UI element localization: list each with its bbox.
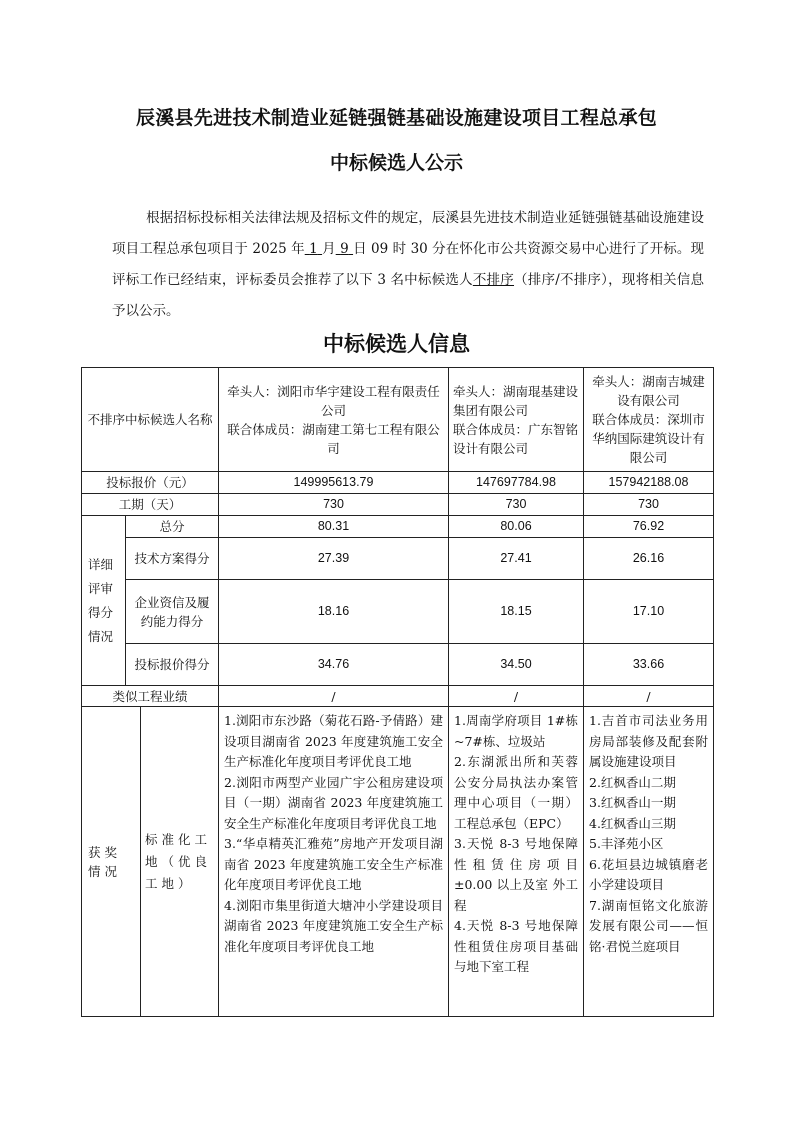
open-day: 9 bbox=[336, 241, 353, 257]
cell: 76.92 bbox=[584, 516, 714, 538]
award-item: 3.“华卓精英汇雅苑”房地产开发项目湖南省 2023 年度建筑施工安全生产标准化… bbox=[224, 834, 443, 896]
order-mode: 不排序 bbox=[473, 272, 514, 288]
award-item: 2.浏阳市两型产业园广宇公租房建设项目（一期）湖南省 2023 年度建筑施工安全… bbox=[224, 773, 443, 835]
row-label: 工期（天） bbox=[82, 494, 219, 516]
candidate-2-name: 牵头人：湖南琨基建设集团有限公司联合体成员：广东智铭设计有限公司 bbox=[449, 368, 584, 472]
awards-group-label: 获奖情况 bbox=[82, 707, 141, 1017]
table-row-qual-score: 企业资信及履约能力得分 18.16 18.15 17.10 bbox=[82, 580, 714, 644]
score-group-label: 详细评审得分情况 bbox=[82, 516, 126, 686]
cell: 730 bbox=[219, 494, 449, 516]
cell: / bbox=[584, 686, 714, 707]
cell: 157942188.08 bbox=[584, 472, 714, 494]
cell: 80.06 bbox=[449, 516, 584, 538]
row-label: 总分 bbox=[126, 516, 219, 538]
awards-type-label: 标准化工地（优良工地） bbox=[141, 707, 219, 1017]
cell: 17.10 bbox=[584, 580, 714, 644]
award-item: 1.吉首市司法业务用房局部装修及配套附属设施建设项目 bbox=[589, 711, 708, 773]
intro-text-2: 月 bbox=[322, 241, 336, 257]
cell: / bbox=[219, 686, 449, 707]
candidate-3-name: 牵头人：湖南吉城建设有限公司联合体成员：深圳市华纳国际建筑设计有限公司 bbox=[584, 368, 714, 472]
award-item: 4.天悦 8-3 号地保障性租赁住房项目基础与地下室工程 bbox=[454, 916, 578, 978]
cell: 34.76 bbox=[219, 644, 449, 686]
cell: 34.50 bbox=[449, 644, 584, 686]
cell: 149995613.79 bbox=[219, 472, 449, 494]
award-item: 5.丰泽苑小区 bbox=[589, 834, 708, 855]
candidate-1-name: 牵头人：浏阳市华宇建设工程有限责任公司联合体成员：湖南建工第七工程有限公司 bbox=[219, 368, 449, 472]
table-row-duration: 工期（天） 730 730 730 bbox=[82, 494, 714, 516]
table-row-price-score: 投标报价得分 34.76 34.50 33.66 bbox=[82, 644, 714, 686]
table-row-names: 不排序中标候选人名称 牵头人：浏阳市华宇建设工程有限责任公司联合体成员：湖南建工… bbox=[82, 368, 714, 472]
award-item: 7.湖南恒铭文化旅游发展有限公司——恒 铭·君悦兰庭项目 bbox=[589, 896, 708, 958]
award-item: 2.红枫香山二期 bbox=[589, 773, 708, 794]
award-item: 3.红枫香山一期 bbox=[589, 793, 708, 814]
cell: 33.66 bbox=[584, 644, 714, 686]
table-row-tech-score: 技术方案得分 27.39 27.41 26.16 bbox=[82, 538, 714, 580]
row-label: 技术方案得分 bbox=[126, 538, 219, 580]
header-label: 不排序中标候选人名称 bbox=[82, 368, 219, 472]
row-label: 企业资信及履约能力得分 bbox=[126, 580, 219, 644]
cell: 26.16 bbox=[584, 538, 714, 580]
award-item: 2.东湖派出所和芙蓉公安分局执法办案管理中心项目（一期）工程总承包（EPC） bbox=[454, 752, 578, 834]
row-label: 投标报价得分 bbox=[126, 644, 219, 686]
cell: 27.41 bbox=[449, 538, 584, 580]
candidate-1-awards: 1.浏阳市东沙路（菊花石路-予倩路）建设项目湖南省 2023 年度建筑施工安全生… bbox=[219, 707, 449, 1017]
document-title: 辰溪县先进技术制造业延链强链基础设施建设项目工程总承包 bbox=[0, 103, 793, 130]
cell: 80.31 bbox=[219, 516, 449, 538]
intro-paragraph: 根据招标投标相关法律法规及招标文件的规定，辰溪县先进技术制造业延链强链基础设施建… bbox=[112, 203, 704, 327]
award-item: 6.花垣县边城镇磨老小学建设项目 bbox=[589, 855, 708, 896]
award-item: 1.周南学府项目 1#栋~7#栋、垃圾站 bbox=[454, 711, 578, 752]
cell: / bbox=[449, 686, 584, 707]
section-title: 中标候选人信息 bbox=[0, 328, 793, 358]
award-item: 4.浏阳市集里街道大塘冲小学建设项目湖南省 2023 年度建筑施工安全生产标准化… bbox=[224, 896, 443, 958]
table-row-bid-price: 投标报价（元） 149995613.79 147697784.98 157942… bbox=[82, 472, 714, 494]
award-item: 3.天悦 8-3 号地保障性租赁住房项目±0.00 以上及室 外工程 bbox=[454, 834, 578, 916]
candidate-3-awards: 1.吉首市司法业务用房局部装修及配套附属设施建设项目 2.红枫香山二期 3.红枫… bbox=[584, 707, 714, 1017]
open-month: 1 bbox=[305, 241, 322, 257]
award-item: 4.红枫香山三期 bbox=[589, 814, 708, 835]
row-label: 类似工程业绩 bbox=[82, 686, 219, 707]
cell: 730 bbox=[449, 494, 584, 516]
table-row-total-score: 详细评审得分情况 总分 80.31 80.06 76.92 bbox=[82, 516, 714, 538]
candidate-table: 不排序中标候选人名称 牵头人：浏阳市华宇建设工程有限责任公司联合体成员：湖南建工… bbox=[81, 367, 714, 1017]
table-row-similar-projects: 类似工程业绩 / / / bbox=[82, 686, 714, 707]
candidate-2-awards: 1.周南学府项目 1#栋~7#栋、垃圾站 2.东湖派出所和芙蓉公安分局执法办案管… bbox=[449, 707, 584, 1017]
cell: 147697784.98 bbox=[449, 472, 584, 494]
cell: 18.16 bbox=[219, 580, 449, 644]
table-row-awards: 获奖情况 标准化工地（优良工地） 1.浏阳市东沙路（菊花石路-予倩路）建设项目湖… bbox=[82, 707, 714, 1017]
cell: 18.15 bbox=[449, 580, 584, 644]
cell: 27.39 bbox=[219, 538, 449, 580]
cell: 730 bbox=[584, 494, 714, 516]
document-subtitle: 中标候选人公示 bbox=[0, 148, 793, 175]
row-label: 投标报价（元） bbox=[82, 472, 219, 494]
award-item: 1.浏阳市东沙路（菊花石路-予倩路）建设项目湖南省 2023 年度建筑施工安全生… bbox=[224, 711, 443, 773]
